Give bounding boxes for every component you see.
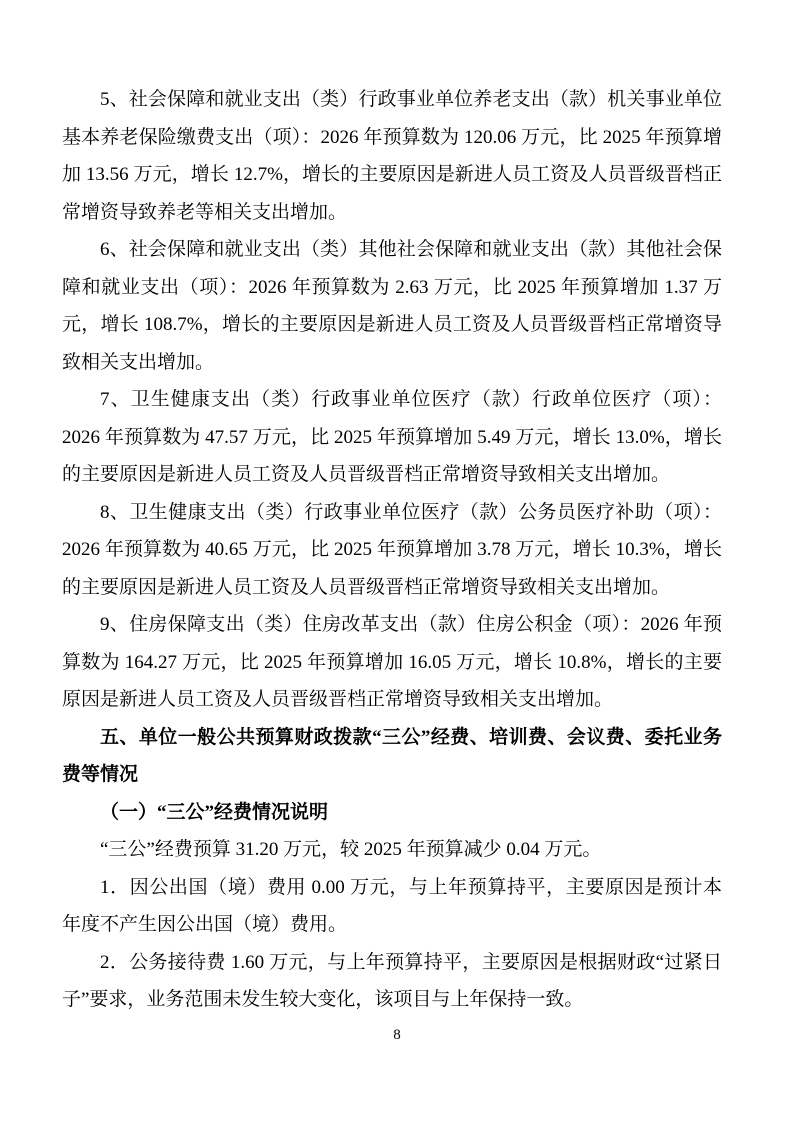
document-body: 5、社会保障和就业支出（类）行政事业单位养老支出（款）机关事业单位基本养老保险缴… (62, 81, 722, 1019)
section-heading-five: 五、单位一般公共预算财政拨款“三公”经费、培训费、会议费、委托业务费等情况 (62, 719, 722, 794)
paragraph-expense-item-7: 7、卫生健康支出（类）行政事业单位医疗（款）行政单位医疗（项）：2026 年预算… (62, 381, 722, 494)
paragraph-expense-item-8: 8、卫生健康支出（类）行政事业单位医疗（款）公务员医疗补助（项）：2026 年预… (62, 494, 722, 607)
paragraph-sangong-summary: “三公”经费预算 31.20 万元，较 2025 年预算减少 0.04 万元。 (62, 831, 722, 869)
paragraph-sangong-item-2: 2．公务接待费 1.60 万元，与上年预算持平，主要原因是根据财政“过紧日子”要… (62, 944, 722, 1019)
subsection-heading-sangong: （一）“三公”经费情况说明 (62, 794, 722, 832)
paragraph-expense-item-5: 5、社会保障和就业支出（类）行政事业单位养老支出（款）机关事业单位基本养老保险缴… (62, 81, 722, 231)
paragraph-expense-item-6: 6、社会保障和就业支出（类）其他社会保障和就业支出（款）其他社会保障和就业支出（… (62, 231, 722, 381)
paragraph-expense-item-9: 9、住房保障支出（类）住房改革支出（款）住房公积金（项）：2026 年预算数为 … (62, 606, 722, 719)
document-page: 5、社会保障和就业支出（类）行政事业单位养老支出（款）机关事业单位基本养老保险缴… (0, 0, 794, 1123)
page-number: 8 (0, 1024, 794, 1046)
paragraph-sangong-item-1: 1．因公出国（境）费用 0.00 万元，与上年预算持平，主要原因是预计本年度不产… (62, 869, 722, 944)
